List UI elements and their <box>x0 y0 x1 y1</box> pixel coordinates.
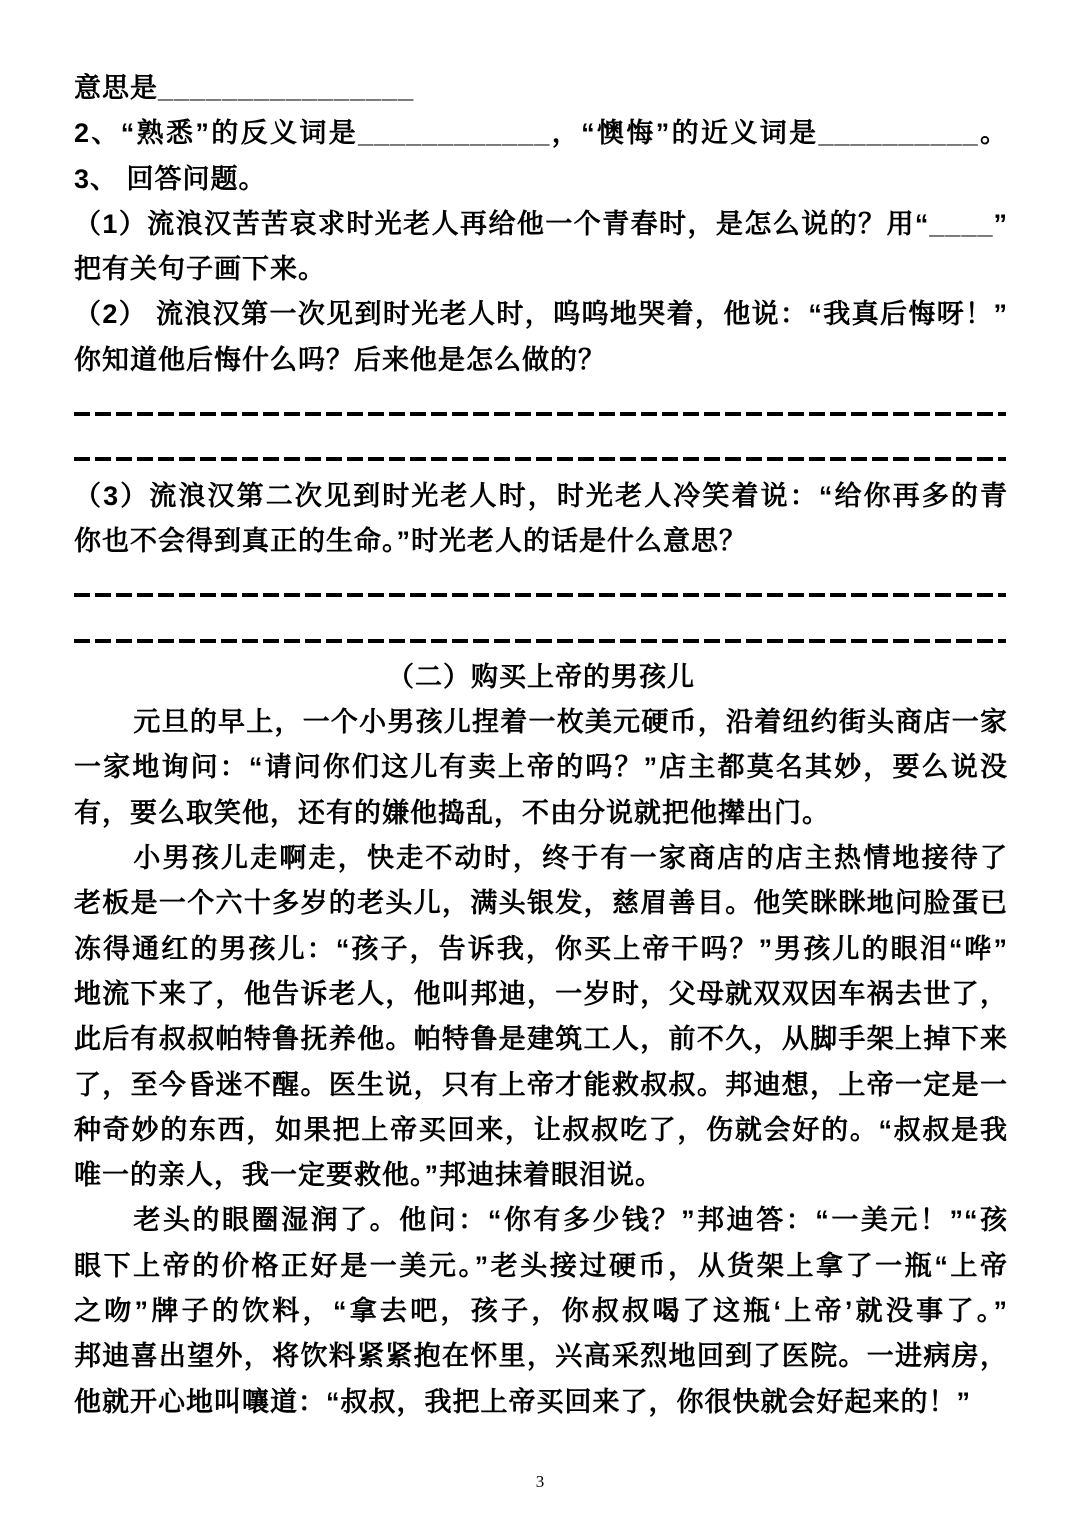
text-line: 邦迪喜出望外，将饮料紧紧抱在怀里，兴高采烈地回到了医院。一进病房， <box>74 1334 1008 1379</box>
text-line: 一家地询问：“请问你们这儿有卖上帝的吗？”店主都莫名其妙，要么说没 <box>74 745 1008 790</box>
text-line: 把有关句子画下来。 <box>74 247 1008 292</box>
text-line: 之吻”牌子的饮料，“拿去吧，孩子，你叔叔喝了这瓶‘上帝’就没事了。” <box>74 1289 1008 1334</box>
text-line: 了，至今昏迷不醒。医生说，只有上帝才能救叔叔。邦迪想，上帝一定是一 <box>74 1063 1008 1108</box>
paragraph-line: 元旦的早上，一个小男孩儿捏着一枚美元硬币，沿着纽约街头商店一家 <box>74 700 1008 745</box>
worksheet-body: 意思是________________2、“熟悉”的反义词是__________… <box>74 66 1008 1425</box>
answer-blank-line <box>74 428 1008 473</box>
text-line: 你也不会得到真正的生命。”时光老人的话是什么意思？ <box>74 519 1008 564</box>
page-number: 3 <box>0 1472 1080 1492</box>
passage-title: （二）购买上帝的男孩儿 <box>74 655 1008 700</box>
paragraph-line: 老头的眼圈湿润了。他问：“你有多少钱？”邦迪答：“一美元！”“孩子， <box>74 1198 1008 1243</box>
text-line: 唯一的亲人，我一定要救他。”邦迪抹着眼泪说。 <box>74 1153 1008 1198</box>
answer-blank-line <box>74 383 1008 428</box>
text-line: 你知道他后悔什么吗？后来他是怎么做的？ <box>74 338 1008 383</box>
text-line: 有，要么取笑他，还有的嫌他捣乱，不由分说就把他撵出门。 <box>74 791 1008 836</box>
paragraph-line: 小男孩儿走啊走，快走不动时，终于有一家商店的店主热情地接待了他。 <box>74 836 1008 881</box>
worksheet-page: 意思是________________2、“熟悉”的反义词是__________… <box>0 0 1080 1527</box>
text-line: 地流下来了，他告诉老人，他叫邦迪，一岁时，父母就双双因车祸去世了， <box>74 972 1008 1017</box>
text-line: 眼下上帝的价格正好是一美元。”老头接过硬币，从货架上拿了一瓶“上帝 <box>74 1244 1008 1289</box>
answer-blank-line <box>74 564 1008 609</box>
text-line: 此后有叔叔帕特鲁抚养他。帕特鲁是建筑工人，前不久，从脚手架上掉下来 <box>74 1017 1008 1062</box>
text-line: 他就开心地叫嚷道：“叔叔，我把上帝买回来了，你很快就会好起来的！” <box>74 1380 1008 1425</box>
text-line: （1）流浪汉苦苦哀求时光老人再给他一个青春时，是怎么说的？用“____” <box>74 202 1008 247</box>
text-line: 意思是________________ <box>74 66 1008 111</box>
text-line: 3、 回答问题。 <box>74 157 1008 202</box>
text-line: 2、“熟悉”的反义词是____________，“懊悔”的近义词是_______… <box>74 111 1008 156</box>
text-line: （3）流浪汉第二次见到时光老人时，时光老人冷笑着说：“给你再多的青春， <box>74 474 1008 519</box>
text-line: 种奇妙的东西，如果把上帝买回来，让叔叔吃了，伤就会好的。“叔叔是我 <box>74 1108 1008 1153</box>
answer-blank-line <box>74 610 1008 655</box>
text-line: 冻得通红的男孩儿：“孩子，告诉我，你买上帝干吗？”男孩儿的眼泪“哗” <box>74 927 1008 972</box>
text-line: 老板是一个六十多岁的老头儿，满头银发，慈眉善目。他笑眯眯地问脸蛋已 <box>74 881 1008 926</box>
text-line: （2） 流浪汉第一次见到时光老人时，呜呜地哭着，他说：“我真后悔呀！” <box>74 292 1008 337</box>
